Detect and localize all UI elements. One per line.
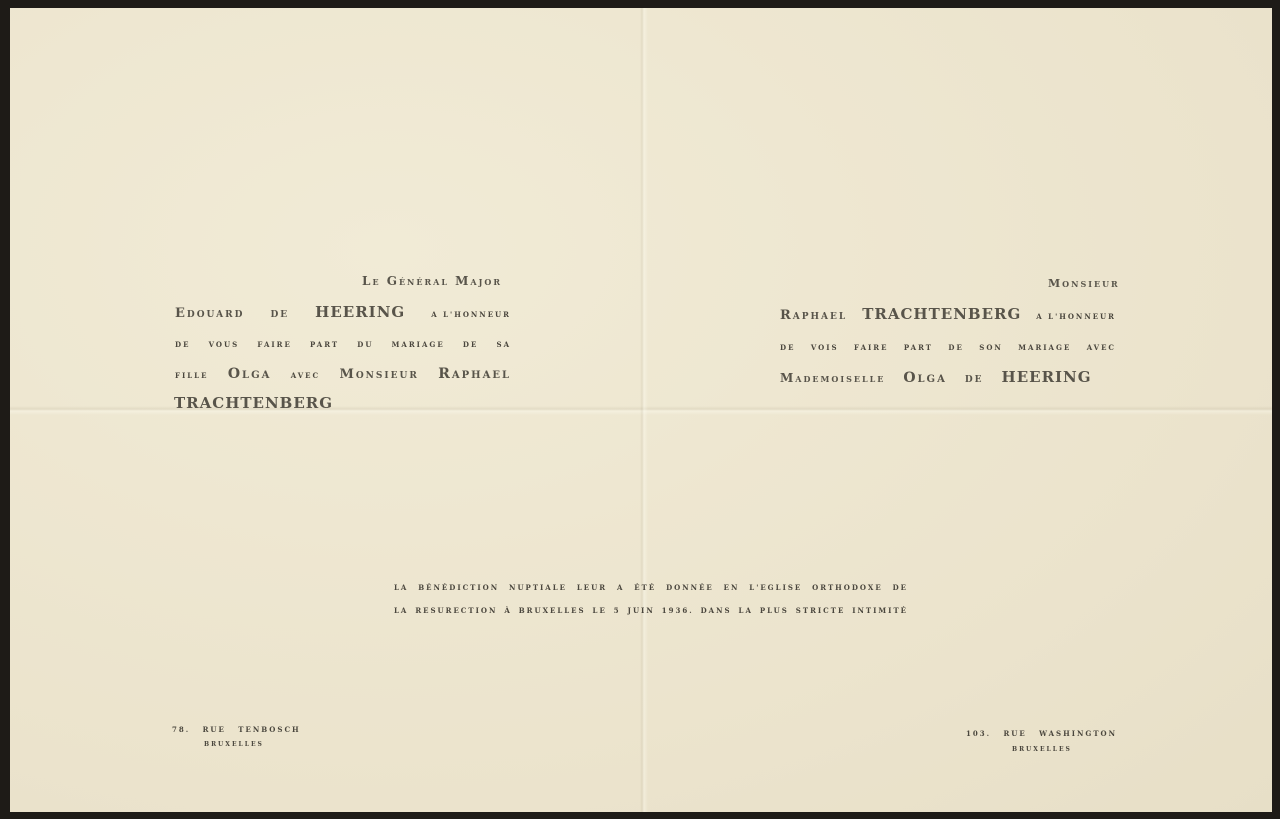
right-line3: de vois faire part de son mariage avec bbox=[780, 343, 1116, 352]
ceremony-line1: la bénédiction nuptiale leur a été donné… bbox=[394, 583, 908, 592]
right-title-mademoiselle: Mademoiselle bbox=[780, 371, 885, 385]
ceremony-line2: la resurection à bruxelles le 5 juin 193… bbox=[394, 606, 908, 615]
left-title-monsieur: Monsieur bbox=[339, 367, 418, 382]
right-line2-tail: a l'honneur bbox=[1036, 312, 1116, 321]
left-line2-tail: a l'honneur bbox=[431, 310, 511, 319]
left-word-fille: fille bbox=[175, 371, 208, 380]
paper-sheet: Le Général Major Edouard de HEERING a l'… bbox=[10, 8, 1272, 812]
left-bride-name: Olga bbox=[228, 366, 272, 382]
left-line3: de vous faire part du mariage de sa bbox=[175, 340, 511, 349]
left-father-firstname: Edouard bbox=[175, 306, 244, 321]
left-address-city: Bruxelles bbox=[204, 741, 264, 748]
right-bride-name: Olga bbox=[903, 370, 947, 386]
right-bride-particle: de bbox=[965, 371, 984, 386]
left-groom-surname: TRACHTENBERG bbox=[174, 394, 333, 412]
left-line2: Edouard de HEERING a l'honneur bbox=[175, 303, 511, 321]
right-line2: Raphael TRACHTENBERG a l'honneur bbox=[780, 305, 1116, 323]
right-line1: Monsieur bbox=[1048, 277, 1120, 290]
right-groom-surname: TRACHTENBERG bbox=[862, 305, 1021, 323]
right-groom-firstname: Raphael bbox=[780, 308, 847, 323]
left-father-surname: HEERING bbox=[315, 303, 405, 321]
left-address-street: 78. rue Tenbosch bbox=[172, 725, 301, 734]
left-word-avec: avec bbox=[291, 371, 320, 380]
left-father-particle: de bbox=[270, 306, 289, 321]
right-address-city: Bruxelles bbox=[1012, 746, 1072, 753]
right-address-street: 103. rue Washington bbox=[966, 729, 1117, 738]
left-line1: Le Général Major bbox=[362, 274, 502, 288]
right-bride-surname: HEERING bbox=[1002, 368, 1092, 386]
left-line4: fille Olga avec Monsieur Raphael bbox=[175, 366, 511, 382]
left-groom-firstname: Raphael bbox=[438, 366, 511, 382]
right-line4: Mademoiselle Olga de HEERING bbox=[780, 368, 1092, 386]
